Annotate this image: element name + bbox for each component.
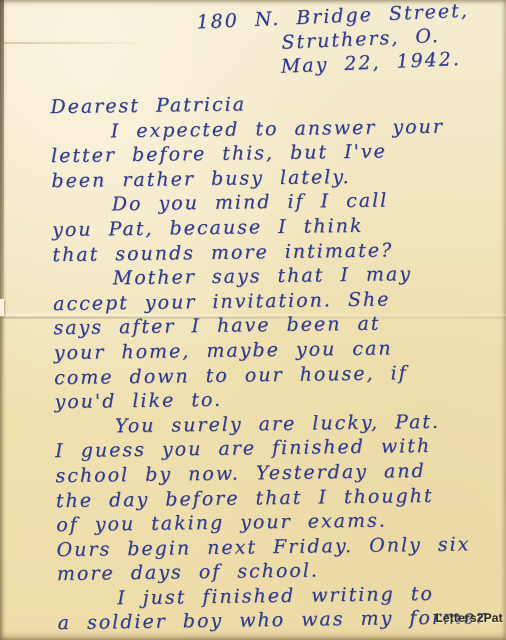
paper-edge-notch: [0, 299, 4, 316]
letter-header: 180 N. Bridge Street, Struthers, O. May …: [0, 0, 506, 91]
watermark-letters2pat: Letters2Pat: [435, 611, 503, 625]
letter-body: Dearest Patricia I expected to answer yo…: [50, 89, 506, 636]
letter-paper: 180 N. Bridge Street, Struthers, O. May …: [0, 0, 506, 640]
